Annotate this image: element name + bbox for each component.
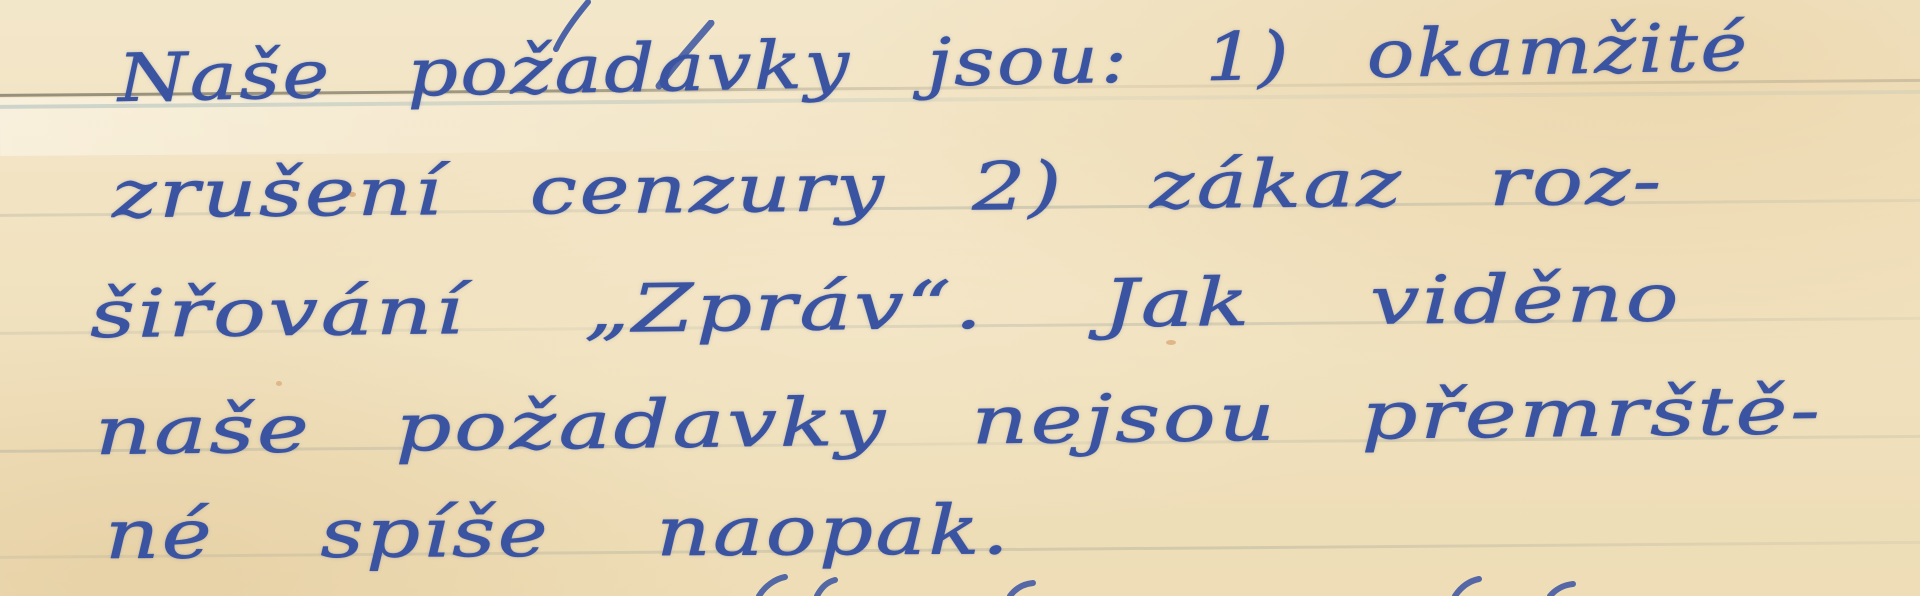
scanned-paper-page: Naše požadavky jsou: 1) okamžité zrušení…	[0, 0, 1920, 596]
cut-off-bottom-strokes	[755, 574, 1655, 596]
handwritten-line-4: naše požadavky nejsou přemrště-	[95, 372, 1823, 470]
handwritten-line-5: né spíše naopak.	[105, 491, 1012, 575]
handwritten-line-1: Naše požadavky jsou: 1) okamžité	[117, 9, 1750, 117]
paper-speck	[276, 381, 282, 386]
handwritten-line-2: zrušení cenzury 2) zákaz roz-	[112, 142, 1664, 233]
handwritten-line-3: šiřování „Zpráv“. Jak viděno	[90, 259, 1682, 353]
paper-speck	[349, 192, 356, 197]
paper-speck	[1166, 340, 1176, 345]
